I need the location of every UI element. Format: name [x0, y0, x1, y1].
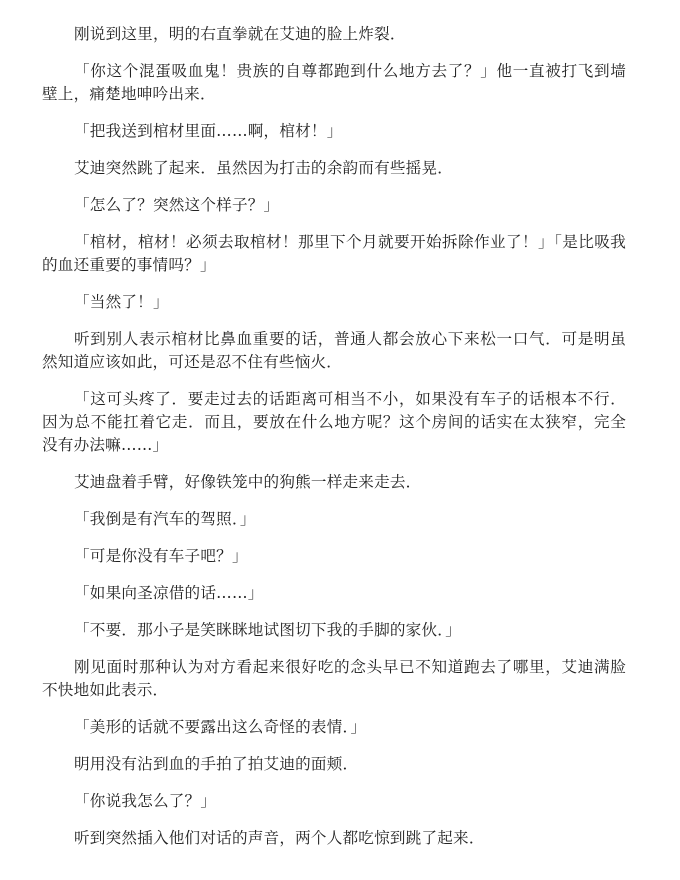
paragraph: 「如果向圣凉借的话……」	[42, 582, 626, 605]
paragraph: 刚说到这里，明的右直拳就在艾迪的脸上炸裂．	[42, 23, 626, 46]
paragraph: 刚见面时那种认为对方看起来很好吃的念头早已不知道跑去了哪里，艾迪满脸不快地如此表…	[42, 656, 626, 702]
paragraph: 「可是你没有车子吧？」	[42, 545, 626, 568]
paragraph: 听到别人表示棺材比鼻血重要的话，普通人都会放心下来松一口气．可是明虽然知道应该如…	[42, 328, 626, 374]
paragraph: 艾迪盘着手臂，好像铁笼中的狗熊一样走来走去．	[42, 471, 626, 494]
paragraph: 「这可头疼了．要走过去的话距离可相当不小，如果没有车子的话根本不行．因为总不能扛…	[42, 388, 626, 457]
paragraph: 「你说我怎么了？」	[42, 790, 626, 813]
paragraph: 艾迪突然跳了起来．虽然因为打击的余韵而有些摇晃．	[42, 157, 626, 180]
paragraph: 「美形的话就不要露出这么奇怪的表情．」	[42, 716, 626, 739]
paragraph: 「棺材，棺材！必须去取棺材！那里下个月就要开始拆除作业了！」「是比吸我的血还重要…	[42, 231, 626, 277]
paragraph: 「不要．那小子是笑眯眯地试图切下我的手脚的家伙．」	[42, 619, 626, 642]
paragraph: 「你这个混蛋吸血鬼！贵族的自尊都跑到什么地方去了？」他一直被打飞到墙壁上，痛楚地…	[42, 60, 626, 106]
paragraph: 听到突然插入他们对话的声音，两个人都吃惊到跳了起来．	[42, 827, 626, 850]
paragraph: 「我倒是有汽车的驾照．」	[42, 508, 626, 531]
paragraph: 「当然了！」	[42, 291, 626, 314]
paragraph: 「怎么了？突然这个样子？」	[42, 194, 626, 217]
paragraph: 「把我送到棺材里面……啊，棺材！」	[42, 120, 626, 143]
document-page: 刚说到这里，明的右直拳就在艾迪的脸上炸裂． 「你这个混蛋吸血鬼！贵族的自尊都跑到…	[42, 23, 626, 864]
paragraph: 明用没有沾到血的手拍了拍艾迪的面颊．	[42, 753, 626, 776]
